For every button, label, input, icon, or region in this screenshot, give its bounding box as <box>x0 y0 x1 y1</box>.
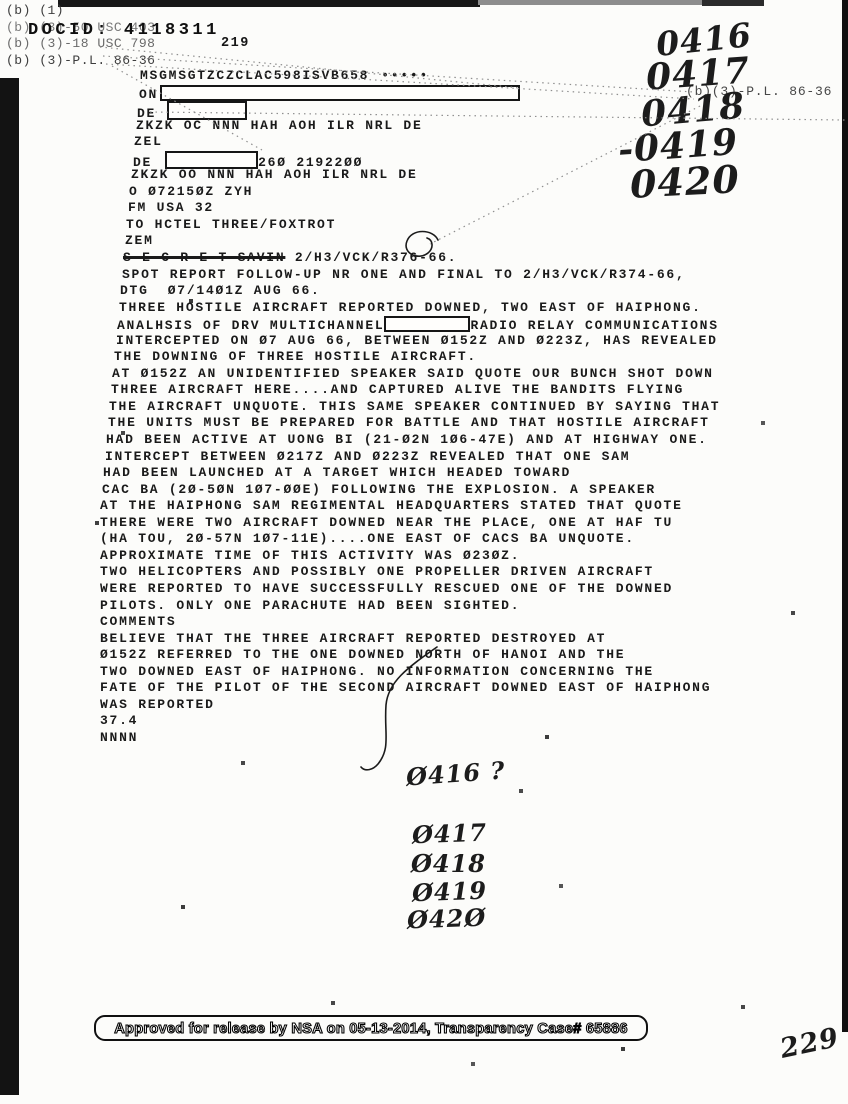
message-text: WERE REPORTED TO HAVE SUCCESSFULLY RESCU… <box>100 581 673 596</box>
message-line: THE UNITS MUST BE PREPARED FOR BATTLE AN… <box>108 415 848 432</box>
message-line: THE AIRCRAFT UNQUOTE. THIS SAME SPEAKER … <box>109 399 848 416</box>
message-text: ••••• <box>381 68 429 83</box>
message-line: DTG Ø7/14Ø1Z AUG 66. <box>120 283 848 300</box>
message-line: MSGMSGTZCZCLAC598ISVB658••••• <box>140 68 848 85</box>
message-text: O Ø7215ØZ ZYH <box>129 184 253 199</box>
message-line: PILOTS. ONLY ONE PARACHUTE HAD BEEN SIGH… <box>100 598 848 615</box>
redaction-box <box>384 316 470 332</box>
message-text: AT THE HAIPHONG SAM REGIMENTAL HEADQUART… <box>100 498 683 513</box>
message-line: AT Ø152Z AN UNIDENTIFIED SPEAKER SAID QU… <box>112 366 848 383</box>
message-text: THE AIRCRAFT UNQUOTE. THIS SAME SPEAKER … <box>109 399 720 414</box>
struck-classification-text: S E C R E T SAVIN <box>123 250 285 265</box>
message-line: TWO DOWNED EAST OF HAIPHONG. NO INFORMAT… <box>100 664 848 681</box>
handwritten-serial: Ø42Ø <box>407 903 487 935</box>
message-line: BELIEVE THAT THE THREE AIRCRAFT REPORTED… <box>100 631 848 648</box>
redaction-box <box>165 151 258 169</box>
message-line: INTERCEPT BETWEEN Ø217Z AND Ø223Z REVEAL… <box>105 449 848 466</box>
message-text: TO HCTEL THREE/FOXTROT <box>126 217 336 232</box>
scan-noise-specks <box>0 0 2 2</box>
message-text: DTG Ø7/14Ø1Z AUG 66. <box>120 283 321 298</box>
message-line: S E C R E T SAVIN 2/H3/VCK/R376-66. <box>123 250 848 267</box>
message-body: MSGMSGTZCZCLAC598ISVB658•••••ONDEZKZK OC… <box>0 68 848 746</box>
message-text: ZEL <box>134 134 163 149</box>
message-line: FATE OF THE PILOT OF THE SECOND AIRCRAFT… <box>100 680 848 697</box>
serial-219-stamp: 219 <box>221 36 250 51</box>
message-text: HAD BEEN ACTIVE AT UONG BI (21-Ø2N 1Ø6-4… <box>106 432 708 447</box>
message-text: Ø152Z REFERRED TO THE ONE DOWNED NORTH O… <box>100 647 625 662</box>
handwritten-serial: Ø416 ? <box>405 756 506 792</box>
message-text: THE DOWNING OF THREE HOSTILE AIRCRAFT. <box>114 349 477 364</box>
message-line: FM USA 32 <box>128 200 848 217</box>
message-line: ZEM <box>125 233 848 250</box>
message-text: THREE HOSTILE AIRCRAFT REPORTED DOWNED, … <box>119 300 702 315</box>
message-text: ZKZK OO NNN HAH AOH ILR NRL DE <box>131 167 418 182</box>
message-text: CAC BA (2Ø-5ØN 1Ø7-ØØE) FOLLOWING THE EX… <box>102 482 656 497</box>
message-text: ANALHSIS OF DRV MULTICHANNEL <box>117 318 384 333</box>
message-line: SPOT REPORT FOLLOW-UP NR ONE AND FINAL T… <box>122 267 848 284</box>
message-line: 37.4 <box>100 713 848 730</box>
message-line: THERE WERE TWO AIRCRAFT DOWNED NEAR THE … <box>100 515 848 532</box>
message-text: 2/H3/VCK/R376-66. <box>285 250 457 265</box>
message-line: NNNN <box>100 730 848 747</box>
message-line: CAC BA (2Ø-5ØN 1Ø7-ØØE) FOLLOWING THE EX… <box>102 482 848 499</box>
message-text: 37.4 <box>100 713 138 728</box>
message-line: ZKZK OO NNN HAH AOH ILR NRL DE <box>131 167 848 184</box>
message-text: FATE OF THE PILOT OF THE SECOND AIRCRAFT… <box>100 680 711 695</box>
handwritten-serial: Ø417 <box>412 818 488 850</box>
message-line: DE26Ø 21922ØØ <box>133 151 848 168</box>
message-text: APPROXIMATE TIME OF THIS ACTIVITY WAS Ø2… <box>100 548 520 563</box>
redaction-box <box>160 85 520 101</box>
message-line: ANALHSIS OF DRV MULTICHANNELRADIO RELAY … <box>117 316 848 333</box>
message-text: INTERCEPTED ON Ø7 AUG 66, BETWEEN Ø152Z … <box>116 333 718 348</box>
message-line: ZKZK OC NNN HAH AOH ILR NRL DE <box>136 118 848 135</box>
release-stamp-text: Approved for release by NSA on 05-13-201… <box>114 1020 627 1037</box>
message-text: INTERCEPT BETWEEN Ø217Z AND Ø223Z REVEAL… <box>105 449 630 464</box>
message-text: THE UNITS MUST BE PREPARED FOR BATTLE AN… <box>108 415 710 430</box>
foia-exemption-label: (b) (1) <box>6 3 155 20</box>
scan-edge-artifact-top-gray <box>478 0 706 5</box>
message-line: ZEL <box>134 134 848 151</box>
message-line: ON <box>139 85 848 102</box>
message-text: TWO HELICOPTERS AND POSSIBLY ONE PROPELL… <box>100 564 654 579</box>
message-line: O Ø7215ØZ ZYH <box>129 184 848 201</box>
message-line: AT THE HAIPHONG SAM REGIMENTAL HEADQUART… <box>100 498 848 515</box>
message-line: WERE REPORTED TO HAVE SUCCESSFULLY RESCU… <box>100 581 848 598</box>
message-line: HAD BEEN ACTIVE AT UONG BI (21-Ø2N 1Ø6-4… <box>106 432 848 449</box>
message-text: COMMENTS <box>100 614 176 629</box>
message-text: TWO DOWNED EAST OF HAIPHONG. NO INFORMAT… <box>100 664 654 679</box>
foia-exemption-label: (b) (3)-P.L. 86-36 <box>6 53 155 70</box>
message-line: COMMENTS <box>100 614 848 631</box>
message-line: WAS REPORTED <box>100 697 848 714</box>
message-text: ZEM <box>125 233 154 248</box>
message-text: RADIO RELAY COMMUNICATIONS <box>470 318 718 333</box>
message-text: THREE AIRCRAFT HERE....AND CAPTURED ALIV… <box>111 382 684 397</box>
message-line: TWO HELICOPTERS AND POSSIBLY ONE PROPELL… <box>100 564 848 581</box>
message-text: MSGMSGTZCZCLAC598ISVB658 <box>140 68 369 83</box>
message-line: APPROXIMATE TIME OF THIS ACTIVITY WAS Ø2… <box>100 548 848 565</box>
message-text: THERE WERE TWO AIRCRAFT DOWNED NEAR THE … <box>100 515 673 530</box>
message-text: FM USA 32 <box>128 200 214 215</box>
message-line: THREE AIRCRAFT HERE....AND CAPTURED ALIV… <box>111 382 848 399</box>
message-text: ON <box>139 87 158 102</box>
message-text: ZKZK OC NNN HAH AOH ILR NRL DE <box>136 118 423 133</box>
scanned-document-page: (b) (1)(b) (3)-50 USC 403(b) (3)-18 USC … <box>0 0 848 1104</box>
message-line: Ø152Z REFERRED TO THE ONE DOWNED NORTH O… <box>100 647 848 664</box>
handwritten-page-number: 229 <box>777 1022 842 1065</box>
message-text: BELIEVE THAT THE THREE AIRCRAFT REPORTED… <box>100 631 606 646</box>
message-text: WAS REPORTED <box>100 697 215 712</box>
message-line: TO HCTEL THREE/FOXTROT <box>126 217 848 234</box>
message-text: AT Ø152Z AN UNIDENTIFIED SPEAKER SAID QU… <box>112 366 714 381</box>
message-text: (HA TOU, 2Ø-57N 1Ø7-11E)....ONE EAST OF … <box>100 531 635 546</box>
message-line: HAD BEEN LAUNCHED AT A TARGET WHICH HEAD… <box>103 465 848 482</box>
message-line: (HA TOU, 2Ø-57N 1Ø7-11E)....ONE EAST OF … <box>100 531 848 548</box>
docid-stamp: DOCID: 4118311 <box>28 21 220 40</box>
message-text: NNNN <box>100 730 138 745</box>
message-line: DE <box>137 101 848 118</box>
message-line: INTERCEPTED ON Ø7 AUG 66, BETWEEN Ø152Z … <box>116 333 848 350</box>
scan-edge-artifact-top-dark <box>702 0 764 6</box>
release-stamp: Approved for release by NSA on 05-13-201… <box>94 1015 648 1041</box>
message-text: SPOT REPORT FOLLOW-UP NR ONE AND FINAL T… <box>122 267 686 282</box>
message-text: PILOTS. ONLY ONE PARACHUTE HAD BEEN SIGH… <box>100 598 520 613</box>
message-line: THE DOWNING OF THREE HOSTILE AIRCRAFT. <box>114 349 848 366</box>
message-text: HAD BEEN LAUNCHED AT A TARGET WHICH HEAD… <box>103 465 571 480</box>
message-line: THREE HOSTILE AIRCRAFT REPORTED DOWNED, … <box>119 300 848 317</box>
handwritten-serial: Ø418 <box>411 849 486 878</box>
